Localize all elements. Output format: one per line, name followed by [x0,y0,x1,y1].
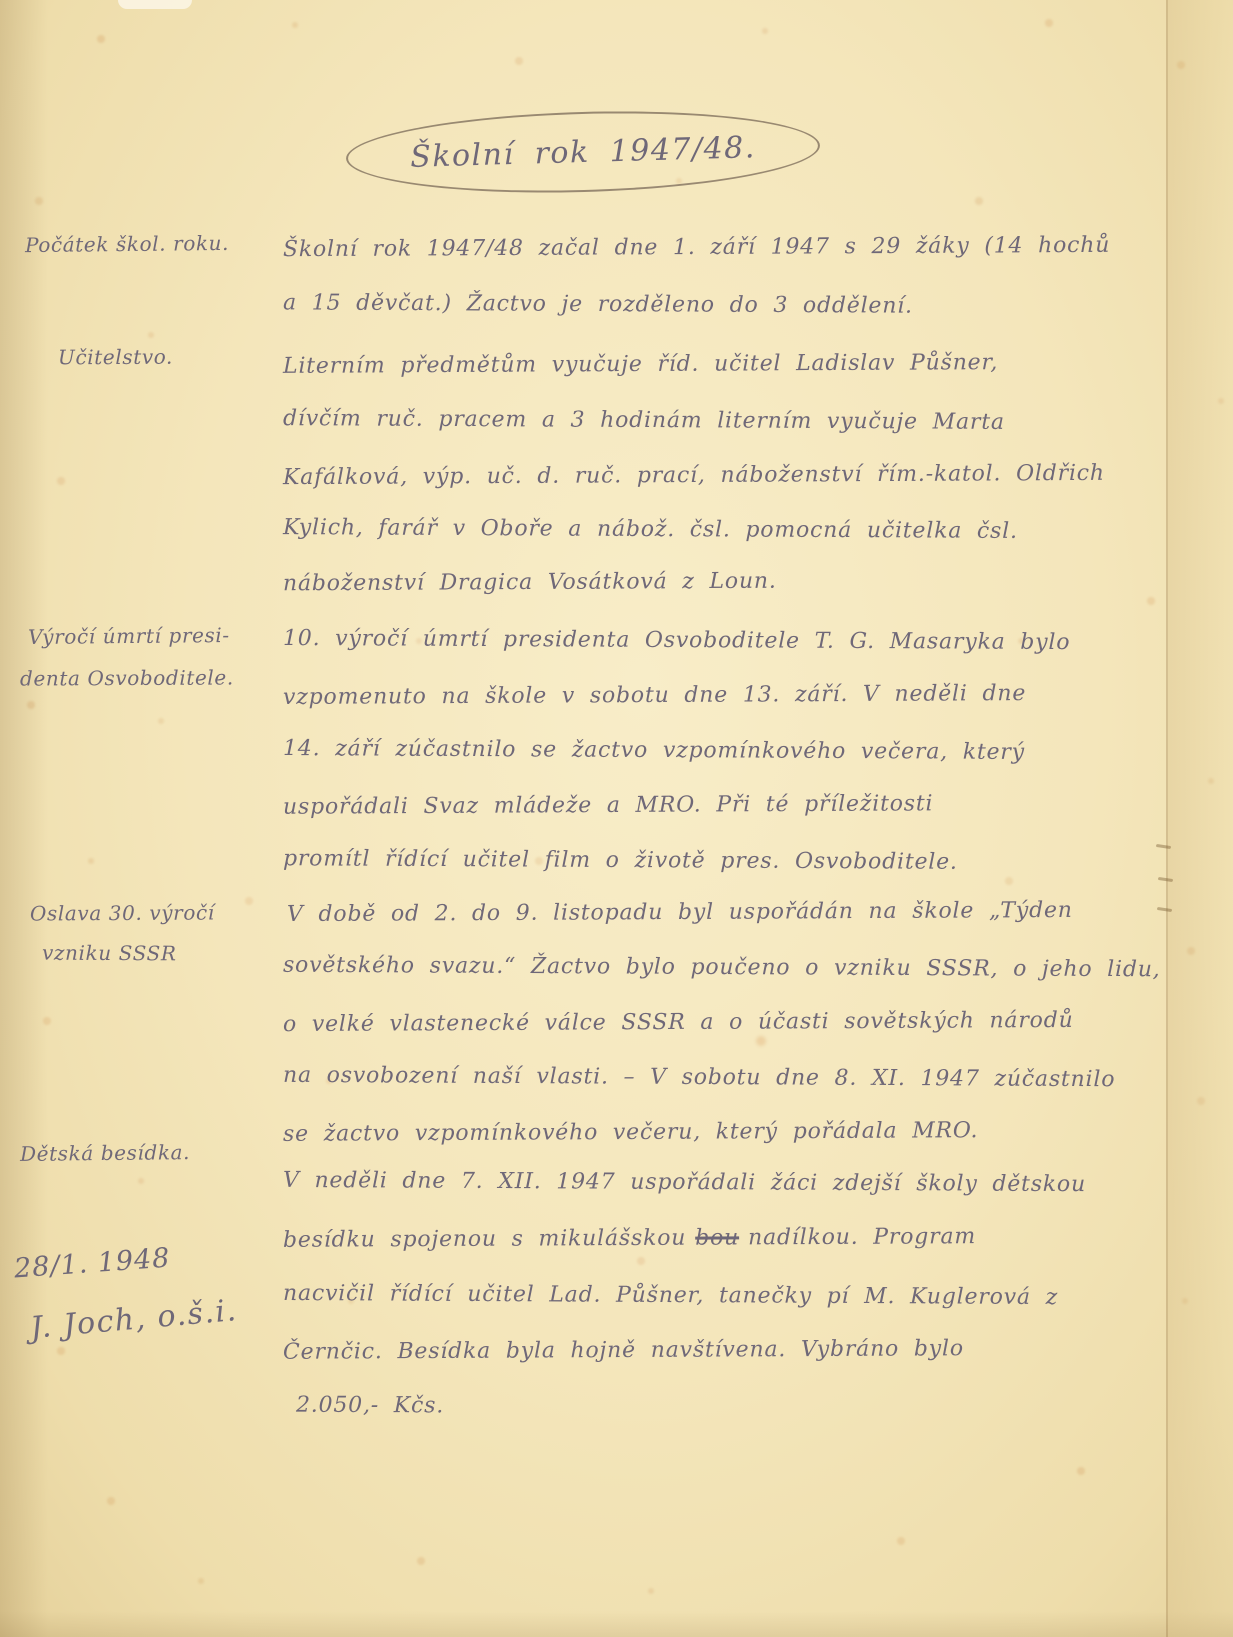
page-edge-strip [1168,0,1233,1637]
body-text: besídku spojenou s mikulášskou [283,1226,686,1253]
body-line: sovětského svazu.“ Žactvo bylo poučeno o… [283,953,1161,983]
body-line: 2.050,- Kčs. [296,1393,444,1419]
body-text: nadílkou. Program [748,1224,976,1250]
body-line: Kylich, farář v Oboře a nábož. čsl. pomo… [283,515,1018,544]
page-title: Školní rok 1947/48. [410,130,756,175]
struck-word: bou [695,1225,739,1250]
page-title-oval: Školní rok 1947/48. [345,105,821,198]
paper-tear-patch [118,0,192,9]
body-line: náboženství Dragica Vosátková z Loun. [283,569,777,597]
margin-note-oslava-line1: Oslava 30. výročí [30,901,215,926]
body-line: V době od 2. do 9. listopadu byl uspořád… [287,898,1073,927]
body-line: Literním předmětům vyučuje říd. učitel L… [283,350,998,379]
margin-note-oslava-line2: vzniku SSSR [42,941,177,966]
body-line: V neděli dne 7. XII. 1947 uspořádali žác… [283,1168,1086,1197]
body-line: 10. výročí úmrtí presidenta Osvoboditele… [283,626,1070,655]
body-line: se žactvo vzpomínkového večeru, který po… [283,1118,978,1147]
margin-note-vyroci-line1: Výročí úmrtí presi- [28,623,230,649]
body-line: o velké vlastenecké válce SSSR a o účast… [283,1008,1074,1037]
body-line: a 15 děvčat.) Žactvo je rozděleno do 3 o… [283,290,913,318]
body-line: dívčím ruč. pracem a 3 hodinám literním … [283,406,1005,435]
body-line: vzpomenuto na škole v sobotu dne 13. zář… [283,681,1026,710]
inspector-signature: J. Joch, o.š.i. [29,1293,239,1346]
margin-note-vyroci-line2: denta Osvoboditele. [20,665,234,690]
body-line: Školní rok 1947/48 začal dne 1. září 194… [283,233,1110,262]
body-line: nacvičil řídící učitel Lad. Půšner, tane… [283,1281,1058,1310]
margin-note-ucitelstvo: Učitelstvo. [58,345,173,370]
body-line: Černčic. Besídka byla hojně navštívena. … [283,1336,964,1365]
margin-note-pocatek: Počátek škol. roku. [25,231,229,257]
body-line: promítl řídící učitel film o životě pres… [283,846,958,875]
body-line: besídku spojenou s mikulášskoubounadílko… [283,1224,976,1253]
body-line: Kafálková, výp. uč. d. ruč. prací, nábož… [283,461,1105,490]
body-line: na osvobození naší vlasti. – V sobotu dn… [283,1063,1115,1092]
chronicle-page: Školní rok 1947/48. Počátek škol. roku. … [0,0,1233,1637]
body-line: 14. září zúčastnilo se žactvo vzpomínkov… [283,736,1025,765]
bottom-edge-shadow [0,1611,1233,1637]
margin-note-besidka: Dětská besídka. [20,1140,190,1166]
body-line: uspořádali Svaz mládeže a MRO. Při té př… [283,791,933,819]
